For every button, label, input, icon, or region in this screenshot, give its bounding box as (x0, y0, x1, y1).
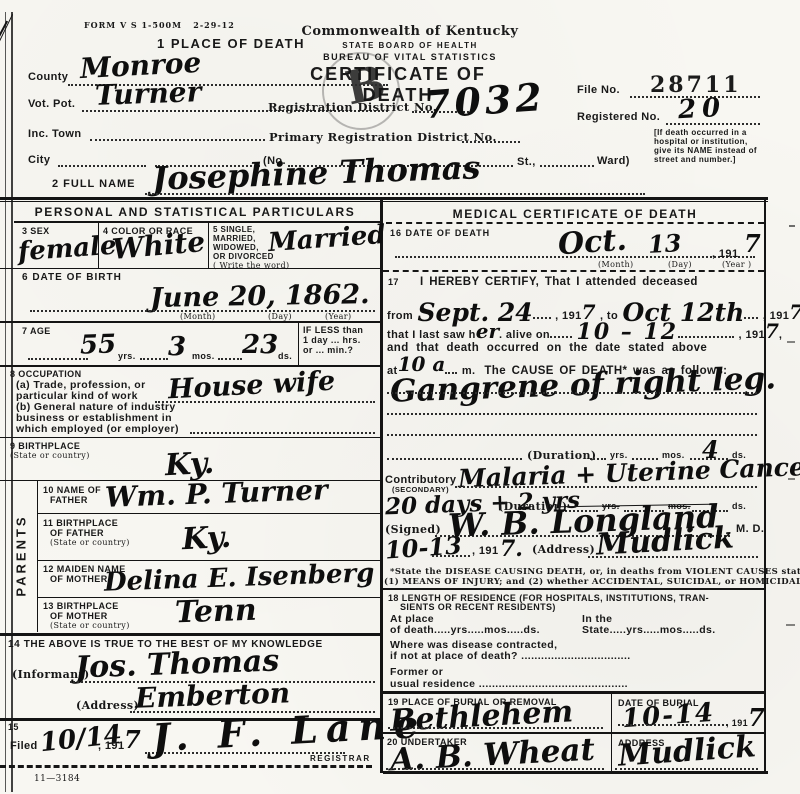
registrar-signature: J. F. Lane (151, 705, 427, 757)
if-less-line: or ... min.? (303, 345, 363, 355)
filed-year-hw: 7 (124, 728, 141, 752)
undertaker-cell-divider (611, 732, 612, 772)
full-name-label: 2 FULL NAME (52, 178, 136, 190)
hospital-note-line: give its NAME instead of (654, 146, 772, 155)
city-dotted-1 (58, 165, 146, 167)
right-edge-artifact-4 (786, 624, 795, 626)
mother-name-value: Delina E. Isenberg (104, 560, 375, 595)
undertaker-dotted (386, 768, 604, 770)
burial-date-value: 10-14 (621, 700, 716, 732)
occupation-b-line3: which employed (or employer) (16, 423, 179, 435)
age-days-value: 23 (242, 332, 278, 358)
registration-district-value: 7032 (423, 78, 547, 124)
marital-value: Married (267, 222, 386, 256)
filed-label: Filed (10, 740, 38, 752)
commonwealth-title: Commonwealth of Kentucky (290, 24, 530, 39)
father-bp-label-1: 11 BIRTHPLACE (43, 518, 118, 528)
dob-day-sub: (Day) (268, 312, 292, 321)
registered-no-value: 20 (677, 95, 726, 123)
city-ward-label: Ward) (597, 155, 630, 167)
county-label: County (28, 71, 68, 83)
medical-title-underline (386, 222, 764, 224)
birthplace-sublabel: (State or country) (10, 451, 90, 460)
right-edge-artifact-2 (787, 341, 795, 343)
personal-title-underline (14, 221, 380, 223)
city-label: City (28, 154, 50, 166)
dob-label: 6 DATE OF BIRTH (22, 272, 122, 283)
signed-address-value: Mudlick (595, 523, 734, 560)
md-label: M. D. (736, 523, 764, 535)
death-certificate-scan: FORM V S 1-500M 2-29-12 1 PLACE OF DEATH… (0, 0, 800, 794)
of-death-line: of death.....yrs.....mos.....ds. (390, 624, 540, 636)
cause-dotted-1 (387, 392, 757, 394)
dod-month-sub: (Month) (598, 260, 634, 269)
age-dotted-1 (28, 358, 88, 360)
hospital-note-line: [If death occurred in a (654, 128, 772, 137)
mother-name-label-2: OF MOTHER (50, 574, 108, 584)
vot-pot-value: Turner (95, 78, 202, 110)
former-line1: Former or (390, 666, 443, 678)
bureau-line: BUREAU OF VITAL STATISTICS (290, 52, 530, 62)
age-years-value: 55 (80, 331, 117, 358)
hospital-note-line: hospital or institution, (654, 137, 772, 146)
mother-bp-label-2: OF MOTHER (50, 611, 108, 621)
age-label: 7 AGE (22, 326, 51, 336)
certify-saw-line: that I last saw her. alive on 10 – 12 , … (387, 320, 782, 343)
burial-dotted (388, 727, 603, 729)
main-top-border (0, 197, 768, 200)
duration2-ds: ds. (732, 501, 746, 511)
sex-value: female (17, 233, 117, 266)
form-code: FORM V S 1-500M 2-29-12 (84, 20, 235, 30)
signed-year-printed: , 191 (472, 545, 498, 557)
duration1-leading-dots (387, 458, 522, 460)
dod-year-sub: (Year ) (722, 260, 752, 269)
file-no-label: File No. (577, 84, 620, 96)
contributory-dotted (455, 486, 757, 488)
father-name-value: Wm. P. Turner (105, 476, 329, 512)
undertaker-address-value: Mudlick (617, 732, 757, 772)
dob-value: June 20, 1862. (150, 281, 370, 312)
occupation-value: House wife (167, 368, 335, 404)
signed-year-hw: 7. (500, 538, 523, 560)
father-bp-label-2: OF FATHER (50, 528, 104, 538)
father-bp-sublabel: (State or country) (50, 538, 130, 547)
inc-town-dotted (90, 139, 265, 141)
certify-saw-dots1 (550, 326, 572, 338)
primary-registration-dotted (462, 141, 520, 143)
birthplace-label: 9 BIRTHPLACE (10, 441, 80, 451)
occupation-b-dotted (190, 432, 375, 434)
certify-saw-mid: . alive on (499, 329, 550, 341)
registered-no-label: Registered No. (577, 111, 660, 123)
right-border (764, 197, 766, 773)
age-ds-label: ds. (278, 351, 292, 361)
father-bp-value: Ky. (181, 523, 232, 556)
certify-year3-hw: 7 (765, 319, 779, 343)
row-line-age-top (0, 321, 380, 323)
certify-to-dots (744, 307, 758, 319)
occupation-label: 8 OCCUPATION (10, 369, 81, 379)
certify-no: 17 (388, 277, 399, 287)
cell-divider-color-marital (208, 222, 209, 268)
row-line-dob-top (0, 268, 380, 269)
dod-label: 16 DATE OF DEATH (390, 228, 490, 238)
hospital-note-line: street and number.] (654, 155, 772, 164)
mother-bp-value: Tenn (175, 596, 258, 629)
right-bottom-border (383, 771, 768, 774)
contracted-line2: if not at place of death? ..............… (390, 650, 631, 662)
dod-month-value: Oct. (557, 226, 628, 261)
full-name-dotted (145, 193, 645, 195)
father-name-label-2: FATHER (50, 495, 88, 505)
age-months-value: 3 (168, 334, 186, 360)
undertaker-address-dotted (615, 768, 758, 770)
residence-label-line2: SIENTS OR RECENT RESIDENTS) (400, 602, 556, 612)
row-line-residence-top (383, 588, 764, 590)
state-line: State.....yrs.....mos.....ds. (582, 624, 716, 636)
certify-comma3: , (779, 329, 782, 341)
dod-year-hw: 7 (744, 232, 761, 256)
if-less-box: IF LESS than 1 day ... hrs. or ... min.? (303, 325, 363, 355)
personal-title: PERSONAL AND STATISTICAL PARTICULARS (20, 205, 370, 219)
city-st-label: St., (517, 156, 536, 168)
main-top-border-2 (0, 201, 768, 202)
inc-town-label: Inc. Town (28, 128, 82, 140)
dod-year-printed: , 191 (712, 248, 738, 260)
form-revision: 2-29-12 (193, 20, 234, 30)
filed-year-printed: , 191 (98, 740, 124, 752)
burial-cell-divider (611, 691, 612, 732)
dod-day-value: 13 (647, 231, 682, 257)
state-board-line: STATE BOARD OF HEALTH (290, 41, 530, 50)
vot-pot-label: Vot. Pot. (28, 98, 75, 110)
mother-bp-label-1: 13 BIRTHPLACE (43, 601, 119, 611)
dob-month-sub: (Month) (180, 312, 216, 321)
left-bottom-border (0, 765, 372, 768)
cause-dotted-2 (387, 413, 757, 415)
father-name-label-1: 10 NAME OF (43, 485, 101, 495)
signed-address-label: (Address) (532, 543, 595, 556)
dod-day-sub: (Day) (668, 260, 692, 269)
if-less-line: 1 day ... hrs. (303, 335, 363, 345)
signed-date-value: 10-13 (384, 533, 462, 562)
former-line2: usual residence ........................… (390, 678, 628, 690)
hospital-note: [If death occurred in a hospital or inst… (654, 128, 772, 164)
row-line-father-bp-top (37, 513, 380, 514)
occupation-a-dotted (155, 401, 375, 403)
certify-from-dots (533, 307, 551, 319)
certify-line1: I HEREBY CERTIFY, That I attended deceas… (420, 276, 698, 288)
signed-address-dotted (588, 556, 758, 558)
row-line-certify-top (383, 270, 764, 272)
column-divider (380, 197, 383, 773)
certify-saw-dots2 (678, 326, 734, 338)
age-dotted-2 (140, 358, 168, 360)
city-st-dotted (540, 165, 594, 167)
age-mos-label: mos. (192, 351, 215, 361)
if-less-box-border (298, 322, 299, 365)
parents-inner-border (37, 480, 38, 632)
mother-bp-sublabel: (State or country) (50, 621, 130, 630)
signed-date-dots (432, 555, 470, 557)
age-dotted-3 (218, 358, 242, 360)
row-line-burial-top (383, 691, 764, 694)
age-yrs-label: yrs. (118, 351, 136, 361)
footnote-line2: (1) MEANS OF INJURY; and (2) whether ACC… (384, 577, 800, 587)
left-margin-line-outer (5, 12, 6, 792)
certify-year3-printed: , 191 (739, 329, 765, 341)
certify-year2-hw: 7 (789, 300, 800, 324)
burial-value: Bethlehem (389, 697, 574, 737)
certify-saw-pre: that I last saw h (387, 329, 476, 341)
medical-title: MEDICAL CERTIFICATE OF DEATH (390, 207, 760, 221)
right-edge-artifact-1 (789, 225, 795, 227)
burial-year-hw: 7 (748, 706, 765, 730)
row-line-informant-top (0, 633, 380, 636)
color-race-value: White (111, 228, 206, 264)
dob-year-sub: (Year) (325, 312, 352, 321)
if-less-line: IF LESS than (303, 325, 363, 335)
parents-vertical-label: PARENTS (14, 511, 29, 601)
row-line-birthplace-top (0, 437, 380, 438)
plate-number: 11—3184 (34, 774, 80, 784)
full-name-value: Josephine Thomas (152, 151, 481, 194)
registrar-label: REGISTRAR (310, 754, 371, 763)
burial-date-dotted (618, 724, 728, 726)
informant-address-value: Emberton (135, 679, 291, 712)
certify-saw-hw: er (476, 319, 499, 343)
footnote-line1: *State the DISEASE CAUSING DEATH, or, in… (390, 567, 800, 577)
burial-year-printed: , 191 (726, 718, 748, 728)
filed-section-no: 15 (8, 722, 19, 732)
